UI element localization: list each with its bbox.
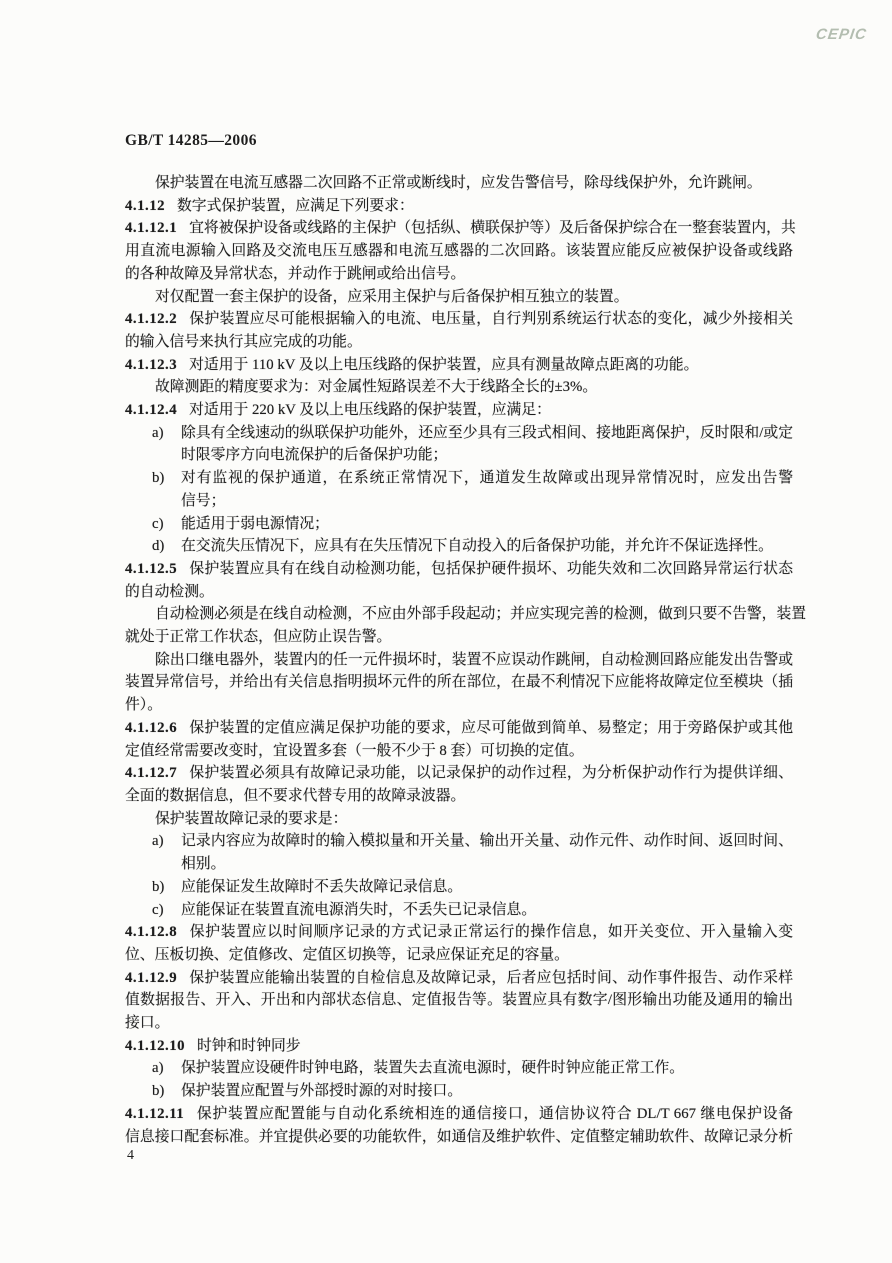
line-text: 应能保证在装置直流电源消失时，不丢失已记录信息。 <box>181 902 536 918</box>
line-text: 除出口继电器外，装置内的任一元件损坏时，装置不应误动作跳闸，自动检测回路应能发出… <box>155 652 793 668</box>
text-line: 4.1.12.8保护装置应以时间顺序记录的方式记录正常运行的操作信息，如开关变位… <box>125 921 793 944</box>
line-text: 保护装置应配置能与自动化系统相连的通信接口，通信协议符合 DL/T 667 继电… <box>196 1106 793 1122</box>
line-text: 保护装置应具有在线自动检测功能，包括保护硬件损坏、功能失效和二次回路异常运行状态 <box>189 561 793 577</box>
text-line: 除出口继电器外，装置内的任一元件损坏时，装置不应误动作跳闸，自动检测回路应能发出… <box>125 649 793 672</box>
list-item-marker: b) <box>152 1080 164 1103</box>
line-text: 保护装置必须具有故障记录功能，以记录保护的动作过程，为分析保护动作行为提供详细、 <box>189 765 793 781</box>
text-line: 保护装置在电流互感器二次回路不正常或断线时，应发告警信号，除母线保护外，允许跳闸… <box>125 172 793 195</box>
line-text: 对适用于 220 kV 及以上电压线路的保护装置，应满足： <box>189 402 551 418</box>
text-line: 全面的数据信息，但不要求代替专用的故障录波器。 <box>125 785 793 808</box>
text-line: 4.1.12.10时钟和时钟同步 <box>125 1035 793 1058</box>
line-text: 值数据报告、开入、开出和内部状态信息、定值报告等。装置应具有数字/图形输出功能及… <box>125 992 793 1008</box>
line-text: 能适用于弱电源情况； <box>181 516 329 532</box>
line-text: 除具有全线速动的纵联保护功能外，还应至少具有三段式相间、接地距离保护，反时限和/… <box>181 425 793 441</box>
list-item-marker: b) <box>152 876 164 899</box>
text-line: 4.1.12.7保护装置必须具有故障记录功能，以记录保护的动作过程，为分析保护动… <box>125 762 793 785</box>
list-item-marker: c) <box>152 513 164 536</box>
text-line: 4.1.12数字式保护装置，应满足下列要求： <box>125 195 793 218</box>
text-line: 值数据报告、开入、开出和内部状态信息、定值报告等。装置应具有数字/图形输出功能及… <box>125 989 793 1012</box>
line-text: 件）。 <box>125 697 162 713</box>
line-text: 自动检测必须是在线自动检测，不应由外部手段起动；并应实现完善的检测，做到只要不告… <box>155 606 806 622</box>
clause-number: 4.1.12.11 <box>125 1106 184 1122</box>
text-line: 4.1.12.11保护装置应配置能与自动化系统相连的通信接口，通信协议符合 DL… <box>125 1103 793 1126</box>
line-text: 保护装置在电流互感器二次回路不正常或断线时，应发告警信号，除母线保护外，允许跳闸… <box>155 175 762 191</box>
line-text: 装置异常信号，并给出有关信息指明损坏元件的所在部位，在最不利情况下应能将故障定位… <box>125 674 793 690</box>
text-line: 的各种故障及异常状态，并动作于跳闸或给出信号。 <box>125 263 793 286</box>
line-text: 相别。 <box>181 856 225 872</box>
line-text: 对有监视的保护通道，在系统正常情况下，通道发生故障或出现异常情况时，应发出告警 <box>181 470 793 486</box>
text-line: 位、压板切换、定值修改、定值区切换等，记录应保证充足的容量。 <box>125 944 793 967</box>
text-line: 4.1.12.4对适用于 220 kV 及以上电压线路的保护装置，应满足： <box>125 399 793 422</box>
line-text: 的各种故障及异常状态，并动作于跳闸或给出信号。 <box>125 266 465 282</box>
text-line: 自动检测必须是在线自动检测，不应由外部手段起动；并应实现完善的检测，做到只要不告… <box>125 603 793 626</box>
clause-number: 4.1.12 <box>125 198 165 214</box>
text-line: 信息接口配套标准。并宜提供必要的功能软件，如通信及维护软件、定值整定辅助软件、故… <box>125 1126 793 1149</box>
line-text: 定值经常需要改变时，宜设置多套（一般不少于 8 套）可切换的定值。 <box>125 743 584 759</box>
line-text: 对适用于 110 kV 及以上电压线路的保护装置，应具有测量故障点距离的功能。 <box>189 357 698 373</box>
text-line: 用直流电源输入回路及交流电压互感器和电流互感器的二次回路。该装置应能反应被保护设… <box>125 240 793 263</box>
clause-number: 4.1.12.7 <box>125 765 177 781</box>
line-text: 时限零序方向电流保护的后备保护功能； <box>181 447 447 463</box>
clause-number: 4.1.12.2 <box>125 311 177 327</box>
line-text: 保护装置应配置与外部授时源的对时接口。 <box>181 1083 462 1099</box>
list-item-marker: a) <box>152 830 164 853</box>
text-line: d)在交流失压情况下，应具有在失压情况下自动投入的后备保护功能，并允许不保证选择… <box>125 535 793 558</box>
text-line: b)保护装置应配置与外部授时源的对时接口。 <box>125 1080 793 1103</box>
line-text: 的输入信号来执行其应完成的功能。 <box>125 334 362 350</box>
text-line: 时限零序方向电流保护的后备保护功能； <box>125 444 793 467</box>
list-item-marker: c) <box>152 899 164 922</box>
text-line: 4.1.12.5保护装置应具有在线自动检测功能，包括保护硬件损坏、功能失效和二次… <box>125 558 793 581</box>
clause-number: 4.1.12.5 <box>125 561 177 577</box>
document-body: 保护装置在电流互感器二次回路不正常或断线时，应发告警信号，除母线保护外，允许跳闸… <box>125 172 793 1148</box>
text-line: 对仅配置一套主保护的设备，应采用主保护与后备保护相互独立的装置。 <box>125 286 793 309</box>
page-number: 4 <box>127 1148 134 1164</box>
text-line: 装置异常信号，并给出有关信息指明损坏元件的所在部位，在最不利情况下应能将故障定位… <box>125 671 793 694</box>
text-line: c)应能保证在装置直流电源消失时，不丢失已记录信息。 <box>125 899 793 922</box>
clause-number: 4.1.12.10 <box>125 1038 185 1054</box>
text-line: 4.1.12.3对适用于 110 kV 及以上电压线路的保护装置，应具有测量故障… <box>125 354 793 377</box>
text-line: 4.1.12.2保护装置应尽可能根据输入的电流、电压量，自行判别系统运行状态的变… <box>125 308 793 331</box>
text-line: 定值经常需要改变时，宜设置多套（一般不少于 8 套）可切换的定值。 <box>125 740 793 763</box>
line-text: 就处于正常工作状态，但应防止误告警。 <box>125 629 391 645</box>
clause-number: 4.1.12.6 <box>125 720 177 736</box>
clause-number: 4.1.12.3 <box>125 357 177 373</box>
clause-number: 4.1.12.4 <box>125 402 177 418</box>
line-text: 全面的数据信息，但不要求代替专用的故障录波器。 <box>125 788 465 804</box>
text-line: 的自动检测。 <box>125 581 793 604</box>
text-line: 件）。 <box>125 694 793 717</box>
cepic-watermark-logo: CEPIC <box>815 26 868 43</box>
line-text: 数字式保护装置，应满足下列要求： <box>177 198 414 214</box>
text-line: b)应能保证发生故障时不丢失故障记录信息。 <box>125 876 793 899</box>
clause-number: 4.1.12.9 <box>125 970 177 986</box>
clause-number: 4.1.12.8 <box>125 924 177 940</box>
line-text: 故障测距的精度要求为：对金属性短路误差不大于线路全长的±3%。 <box>155 379 597 395</box>
line-text: 保护装置应以时间顺序记录的方式记录正常运行的操作信息，如开关变位、开入量输入变 <box>189 924 793 940</box>
line-text: 宜将被保护设备或线路的主保护（包括纵、横联保护等）及后备保护综合在一整套装置内，… <box>189 220 796 236</box>
text-line: 接口。 <box>125 1012 793 1035</box>
line-text: 保护装置应尽可能根据输入的电流、电压量，自行判别系统运行状态的变化，减少外接相关 <box>189 311 793 327</box>
line-text: 接口。 <box>125 1015 169 1031</box>
line-text: 在交流失压情况下，应具有在失压情况下自动投入的后备保护功能，并允许不保证选择性。 <box>181 538 773 554</box>
text-line: 4.1.12.6保护装置的定值应满足保护功能的要求，应尽可能做到简单、易整定；用… <box>125 717 793 740</box>
line-text: 对仅配置一套主保护的设备，应采用主保护与后备保护相互独立的装置。 <box>155 289 629 305</box>
line-text: 保护装置应能输出装置的自检信息及故障记录，后者应包括时间、动作事件报告、动作采样 <box>189 970 793 986</box>
line-text: 记录内容应为故障时的输入模拟量和开关量、输出开关量、动作元件、动作时间、返回时间… <box>181 833 793 849</box>
scanned-standard-page: CEPIC GB/T 14285—2006 保护装置在电流互感器二次回路不正常或… <box>0 0 892 1263</box>
list-item-marker: a) <box>152 422 164 445</box>
text-line: a)除具有全线速动的纵联保护功能外，还应至少具有三段式相间、接地距离保护，反时限… <box>125 422 793 445</box>
text-line: 故障测距的精度要求为：对金属性短路误差不大于线路全长的±3%。 <box>125 376 793 399</box>
line-text: 位、压板切换、定值修改、定值区切换等，记录应保证充足的容量。 <box>125 947 569 963</box>
list-item-marker: d) <box>152 535 164 558</box>
text-line: 就处于正常工作状态，但应防止误告警。 <box>125 626 793 649</box>
line-text: 信号； <box>181 493 225 509</box>
clause-number: 4.1.12.1 <box>125 220 177 236</box>
line-text: 保护装置应设硬件时钟电路，装置失去直流电源时，硬件时钟应能正常工作。 <box>181 1060 684 1076</box>
text-line: 保护装置故障记录的要求是： <box>125 808 793 831</box>
text-line: c)能适用于弱电源情况； <box>125 513 793 536</box>
line-text: 的自动检测。 <box>125 584 214 600</box>
text-line: b)对有监视的保护通道，在系统正常情况下，通道发生故障或出现异常情况时，应发出告… <box>125 467 793 490</box>
line-text: 保护装置的定值应满足保护功能的要求，应尽可能做到简单、易整定；用于旁路保护或其他 <box>189 720 793 736</box>
line-text: 保护装置故障记录的要求是： <box>155 811 347 827</box>
text-line: a)记录内容应为故障时的输入模拟量和开关量、输出开关量、动作元件、动作时间、返回… <box>125 830 793 853</box>
list-item-marker: b) <box>152 467 164 490</box>
text-line: 4.1.12.9保护装置应能输出装置的自检信息及故障记录，后者应包括时间、动作事… <box>125 967 793 990</box>
text-line: 相别。 <box>125 853 793 876</box>
line-text: 应能保证发生故障时不丢失故障记录信息。 <box>181 879 462 895</box>
list-item-marker: a) <box>152 1057 164 1080</box>
line-text: 信息接口配套标准。并宜提供必要的功能软件，如通信及维护软件、定值整定辅助软件、故… <box>125 1129 793 1145</box>
line-text: 用直流电源输入回路及交流电压互感器和电流互感器的二次回路。该装置应能反应被保护设… <box>125 243 793 259</box>
text-line: 的输入信号来执行其应完成的功能。 <box>125 331 793 354</box>
line-text: 时钟和时钟同步 <box>197 1038 301 1054</box>
text-line: 信号； <box>125 490 793 513</box>
standard-number-header: GB/T 14285—2006 <box>125 132 257 150</box>
text-line: 4.1.12.1宜将被保护设备或线路的主保护（包括纵、横联保护等）及后备保护综合… <box>125 217 793 240</box>
text-line: a)保护装置应设硬件时钟电路，装置失去直流电源时，硬件时钟应能正常工作。 <box>125 1057 793 1080</box>
